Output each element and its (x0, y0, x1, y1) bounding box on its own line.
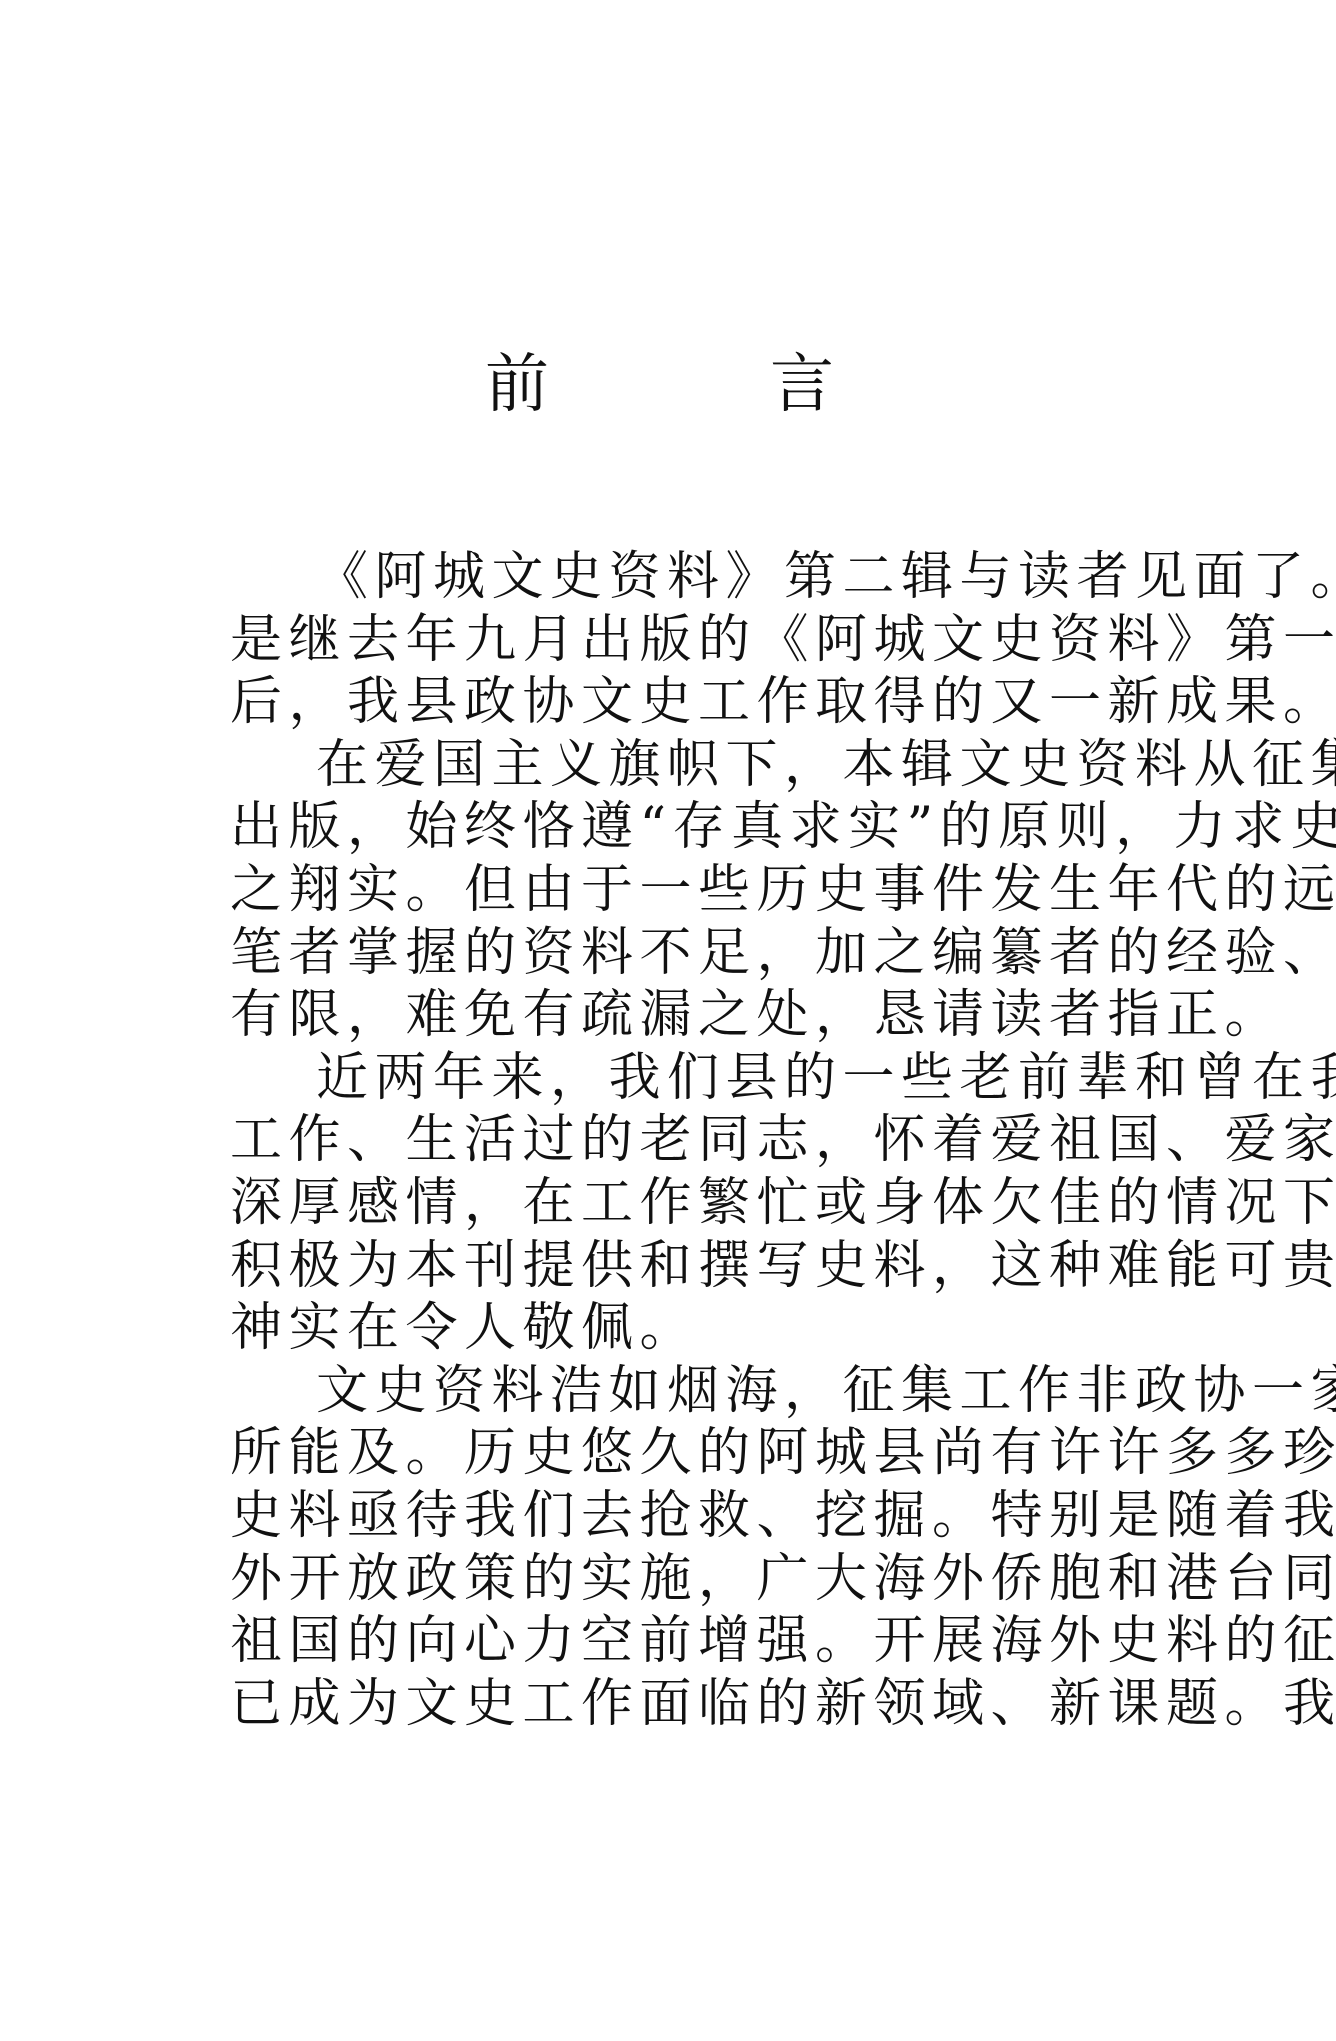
text-line: 近两年来，我们县的一些老前辈和曾在我县 (230, 1047, 1120, 1110)
text-line: 积极为本刊提供和撰写史料，这种难能可贵的精 (230, 1235, 1120, 1298)
text-line: 史料亟待我们去抢救、挖掘。特别是随着我国对 (230, 1485, 1120, 1548)
page-title: 前 言 (0, 345, 1336, 425)
text-line: 祖国的向心力空前增强。开展海外史料的征集， (230, 1610, 1120, 1673)
title-char-2: 言 (770, 345, 834, 425)
paragraph-3: 近两年来，我们县的一些老前辈和曾在我县 工作、生活过的老同志，怀着爱祖国、爱家乡… (230, 1047, 1130, 1360)
document-page: 前 言 《阿城文史资料》第二辑与读者见面了。这 是继去年九月出版的《阿城文史资料… (0, 0, 1336, 2041)
text-line: 之翔实。但由于一些历史事件发生年代的远逝， (230, 859, 1120, 922)
text-line: 文史资料浩如烟海，征集工作非政协一家力 (230, 1360, 1120, 1423)
document-body: 《阿城文史资料》第二辑与读者见面了。这 是继去年九月出版的《阿城文史资料》第一辑… (230, 546, 1130, 1735)
text-line: 深厚感情，在工作繁忙或身体欠佳的情况下，还 (230, 1172, 1120, 1235)
text-line: 笔者掌握的资料不足，加之编纂者的经验、水平 (230, 922, 1120, 985)
text-line: 是继去年九月出版的《阿城文史资料》第一辑之 (230, 609, 1120, 672)
text-line: 工作、生活过的老同志，怀着爱祖国、爱家乡的 (230, 1109, 1120, 1172)
paragraph-1: 《阿城文史资料》第二辑与读者见面了。这 是继去年九月出版的《阿城文史资料》第一辑… (230, 546, 1130, 734)
paragraph-2: 在爱国主义旗帜下，本辑文史资料从征集到 出版，始终恪遵“存真求实”的原则，力求史… (230, 734, 1130, 1047)
text-line: 已成为文史工作面临的新领域、新课题。我们恳 (230, 1673, 1120, 1736)
text-line: 《阿城文史资料》第二辑与读者见面了。这 (230, 546, 1120, 609)
paragraph-4: 文史资料浩如烟海，征集工作非政协一家力 所能及。历史悠久的阿城县尚有许许多多珍贵… (230, 1360, 1130, 1736)
text-line: 所能及。历史悠久的阿城县尚有许许多多珍贵的 (230, 1422, 1120, 1485)
text-line: 外开放政策的实施，广大海外侨胞和港台同胞对 (230, 1548, 1120, 1611)
text-line: 后，我县政协文史工作取得的又一新成果。 (230, 671, 1120, 734)
text-line: 在爱国主义旗帜下，本辑文史资料从征集到 (230, 734, 1120, 797)
text-line: 出版，始终恪遵“存真求实”的原则，力求史料 (230, 796, 1120, 859)
text-line: 神实在令人敬佩。 (230, 1297, 1120, 1360)
text-line: 有限，难免有疏漏之处，恳请读者指正。 (230, 984, 1120, 1047)
title-char-1: 前 (485, 345, 549, 425)
